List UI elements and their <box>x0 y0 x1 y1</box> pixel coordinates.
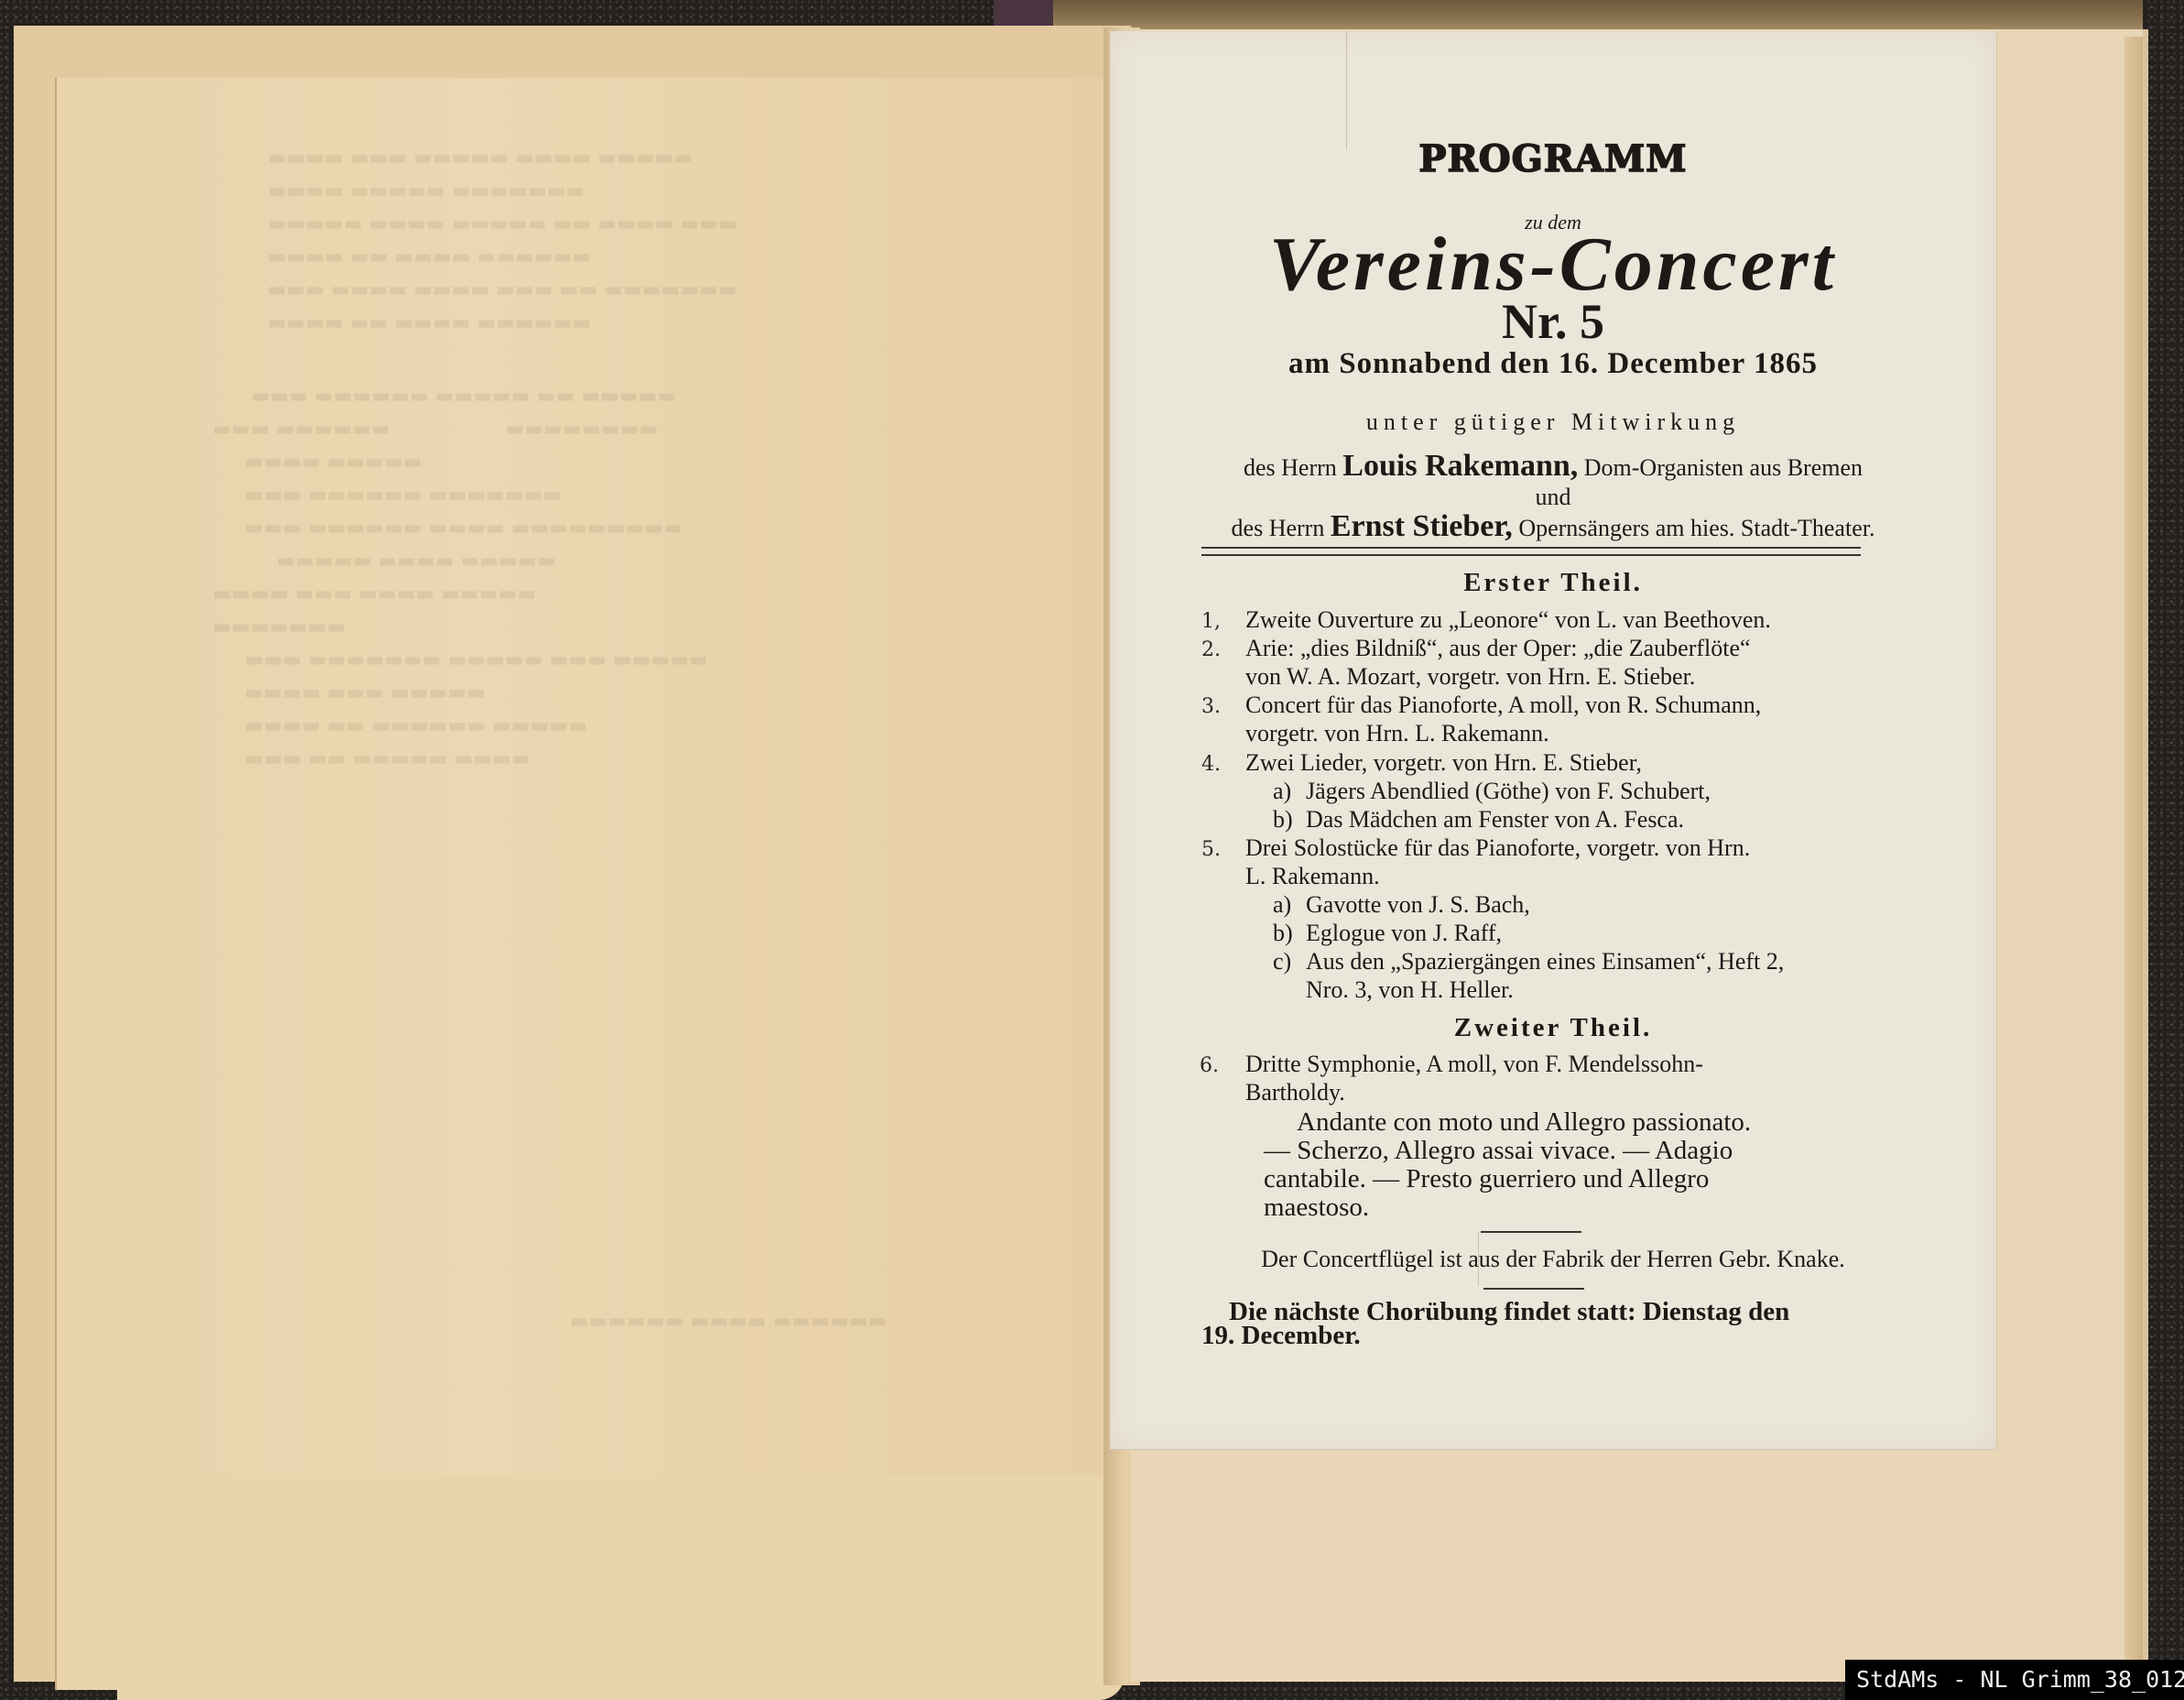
item-5-text-line-1: Drei Solostücke für das Pianoforte, vorg… <box>1245 834 1750 862</box>
double-rule-divider <box>1201 547 1861 556</box>
item-4-text: Zwei Lieder, vorgetr. von Hrn. E. Stiebe… <box>1245 749 1642 777</box>
performer-2-prefix: des Herrn <box>1232 515 1325 541</box>
left-page: ▬▬▬▬ ▬▬▬ ▬▬▬▬▬ ▬▬▬▬ ▬▬▬▬▬ ▬▬▬▬ ▬▬▬▬▬ ▬▬▬… <box>55 78 1128 1690</box>
performer-1-name: Louis Rakemann, <box>1342 449 1578 483</box>
sub-item-label: a) <box>1273 891 1291 919</box>
show-through-text: ▬▬▬▬ ▬▬▬ ▬▬▬▬▬ ▬▬▬▬ ▬▬▬▬▬ ▬▬▬▬ ▬▬▬▬▬ ▬▬▬… <box>267 142 737 340</box>
short-rule-divider <box>1481 1231 1581 1233</box>
programm-heading: PROGRAMM <box>1110 137 1996 180</box>
item-number: 3. <box>1201 695 1221 718</box>
sub-item-label: b) <box>1273 920 1293 947</box>
item-number: 6. <box>1200 1054 1219 1077</box>
sub-item-label: c) <box>1273 948 1291 975</box>
item-5a-text: Gavotte von J. S. Bach, <box>1306 891 1530 919</box>
item-2-text-line-2: von W. A. Mozart, vorgetr. von Hrn. E. S… <box>1245 663 1695 691</box>
item-2-text-line-1: Arie: „dies Bildniß“, aus der Oper: „die… <box>1245 635 1751 662</box>
movement-line-3: cantabile. — Presto guerriero und Allegr… <box>1264 1164 1709 1194</box>
item-6-text-line-2: Bartholdy. <box>1245 1079 1345 1106</box>
left-page-lower <box>117 1475 1125 1700</box>
performer-2-name: Ernst Stieber, <box>1331 509 1513 543</box>
part-2-heading: Zweiter Theil. <box>1110 1013 1996 1043</box>
item-5-text-line-2: L. Rakemann. <box>1245 863 1380 890</box>
item-4a-text: Jägers Abendlied (Göthe) von F. Schubert… <box>1306 778 1711 805</box>
item-number: 2. <box>1201 638 1221 661</box>
archive-reference-label: StdAMs - NL Grimm_38_012 <box>1845 1660 2184 1700</box>
item-5c-text-line-1: Aus den „Spaziergängen eines Einsamen“, … <box>1306 948 1784 975</box>
item-5c-text-line-2: Nro. 3, von H. Heller. <box>1306 976 1514 1004</box>
item-3-text-line-1: Concert für das Pianoforte, A moll, von … <box>1245 692 1761 719</box>
movement-line-1: Andante con moto und Allegro passionato. <box>1297 1107 1751 1138</box>
concert-program-slip: PROGRAMM zu dem Vereins-Concert Nr. 5 am… <box>1110 31 1997 1450</box>
right-page-edge <box>2124 37 2143 1676</box>
sub-item-label: b) <box>1273 806 1293 834</box>
show-through-text: ▬▬▬ ▬▬▬▬▬▬ ▬▬▬▬▬ ▬▬ ▬▬▬▬▬ ▬▬▬ ▬▬▬▬▬▬ ▬▬▬… <box>212 380 708 776</box>
movement-line-4: maestoso. <box>1264 1193 1369 1223</box>
und-text: und <box>1110 484 1996 511</box>
item-4b-text: Das Mädchen am Fenster von A. Fesca. <box>1306 806 1684 834</box>
rehearsal-note-line-2: 19. December. <box>1201 1321 1361 1351</box>
performer-2-role: Opernsängers am hies. Stadt-Theater. <box>1518 515 1874 541</box>
sub-item-label: a) <box>1273 778 1291 805</box>
item-1-text: Zweite Ouverture zu „Leonore“ von L. van… <box>1245 606 1771 634</box>
cooperation-line: unter gütiger Mitwirkung <box>1110 409 1996 436</box>
item-5b-text: Eglogue von J. Raff, <box>1306 920 1502 947</box>
short-rule-divider <box>1483 1288 1584 1290</box>
paper-crease <box>1346 31 1347 150</box>
performer-1-role: Dom-Organisten aus Bremen <box>1584 454 1863 481</box>
performer-1-line: des Herrn Louis Rakemann, Dom-Organisten… <box>1110 449 1996 484</box>
movement-line-2: — Scherzo, Allegro assai vivace. — Adagi… <box>1264 1136 1733 1166</box>
concert-date: am Sonnabend den 16. December 1865 <box>1110 347 1996 381</box>
part-1-heading: Erster Theil. <box>1110 568 1996 598</box>
item-number: 5. <box>1201 838 1221 861</box>
item-number: 1, <box>1201 610 1221 633</box>
item-6-text-line-1: Dritte Symphonie, A moll, von F. Mendels… <box>1245 1051 1703 1078</box>
piano-note: Der Concertflügel ist aus der Fabrik der… <box>1110 1246 1996 1273</box>
page-edges-top <box>1053 0 2143 31</box>
item-3-text-line-2: vorgetr. von Hrn. L. Rakemann. <box>1245 720 1549 747</box>
concert-number: Nr. 5 <box>1110 293 1996 350</box>
item-number: 4. <box>1201 753 1221 776</box>
performer-2-line: des Herrn Ernst Stieber, Opernsängers am… <box>1110 509 1996 544</box>
performer-1-prefix: des Herrn <box>1244 454 1337 481</box>
show-through-text: ▬▬▬▬▬▬ ▬▬▬▬ ▬▬▬▬▬▬ <box>570 1305 887 1338</box>
